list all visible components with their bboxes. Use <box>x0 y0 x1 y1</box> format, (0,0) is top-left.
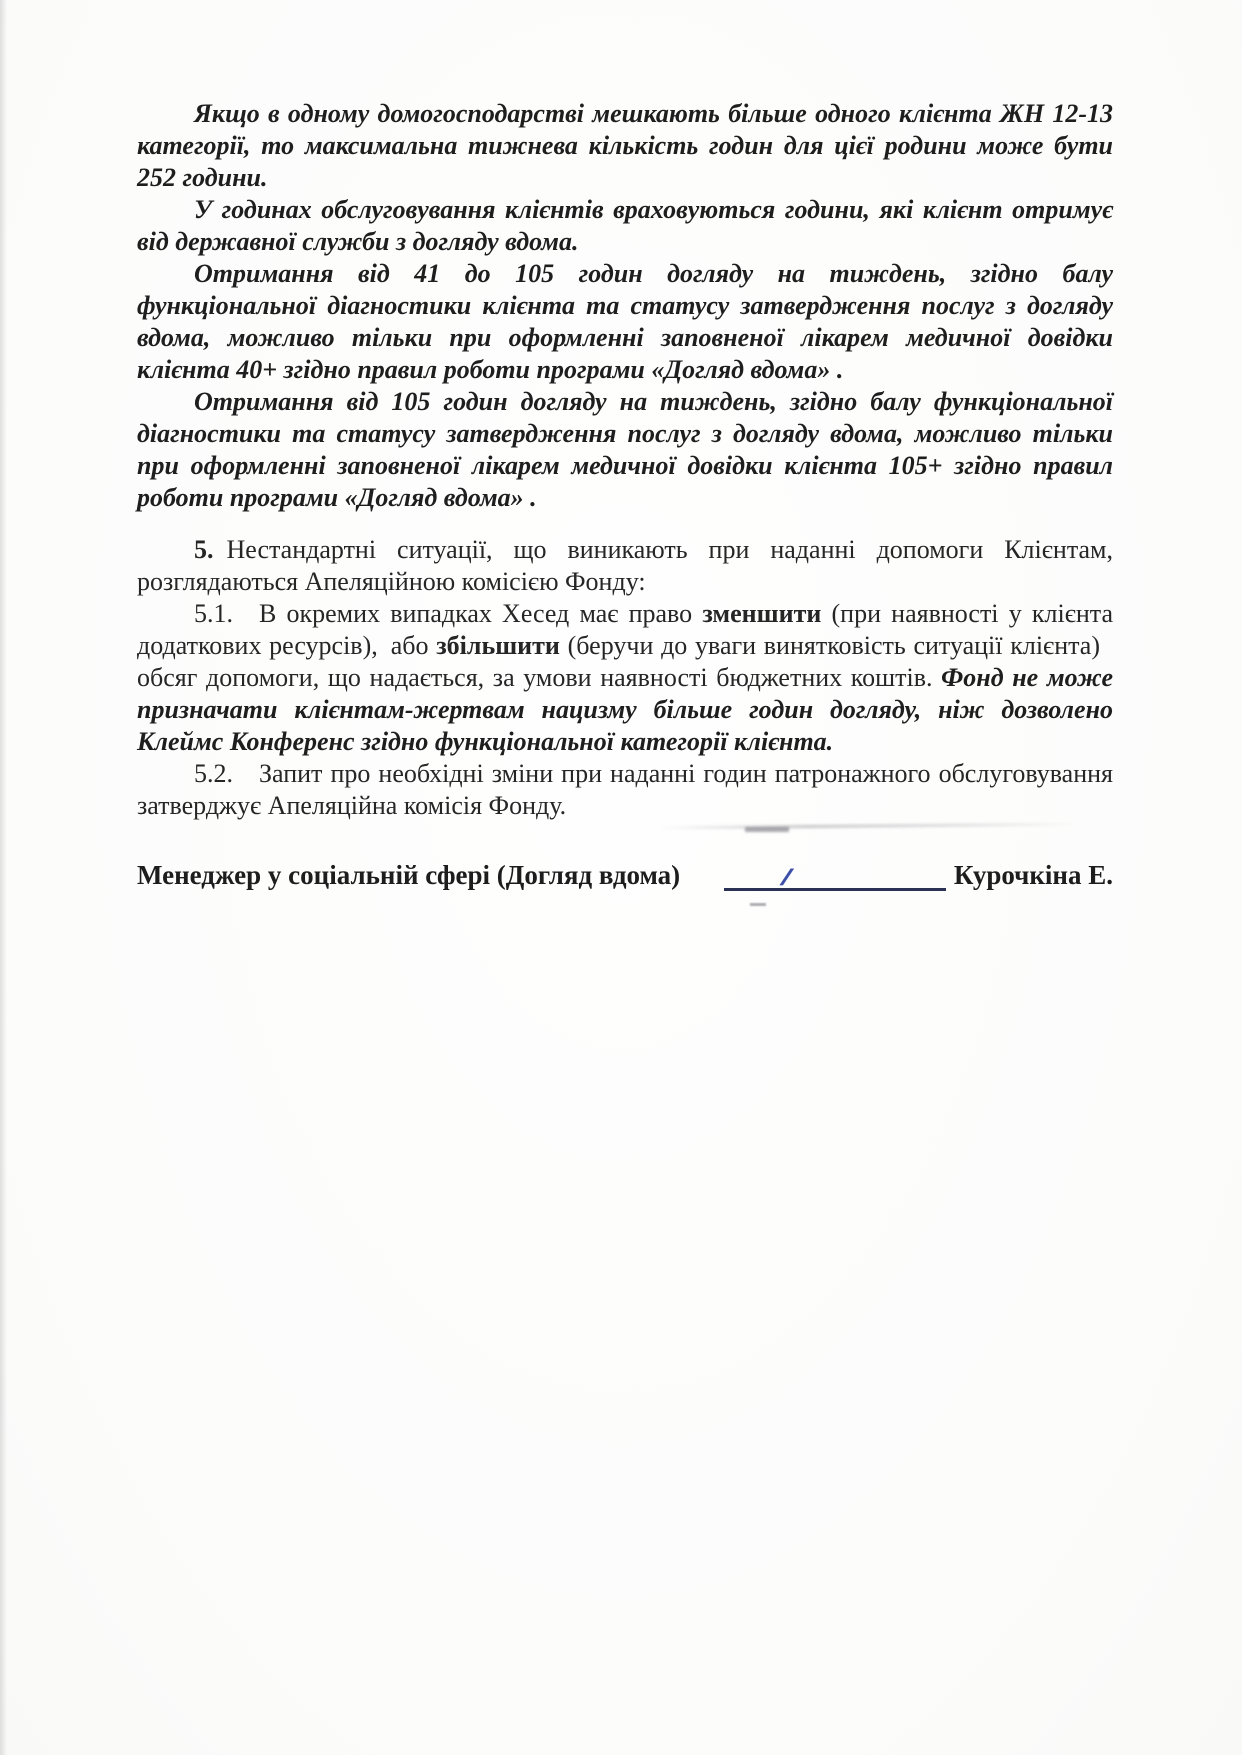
paragraph-section-5-2: 5.2. Запит про необхідні зміни при надан… <box>137 758 1113 822</box>
paragraph-text-run: 5.1. В окремих випадках Хесед має право <box>194 599 702 628</box>
scanned-document-page: Якщо в одному домогосподарстві мешкають … <box>0 0 1242 1755</box>
document-body: Якщо в одному домогосподарстві мешкають … <box>137 98 1113 822</box>
signature-ink-mark: /// <box>778 864 790 892</box>
signature-name: Курочкіна Е. <box>954 860 1113 891</box>
bold-word-decrease: зменшити <box>702 599 821 628</box>
paragraph-text: Якщо в одному домогосподарстві мешкають … <box>137 99 1113 192</box>
scan-edge-shadow <box>0 0 7 1755</box>
signature-role-label: Менеджер у соціальній сфері (Догляд вдом… <box>137 860 680 891</box>
paragraph-section-5: 5. Нестандартні ситуації, що виникають п… <box>137 534 1113 598</box>
paragraph-41-105-hours: Отримання від 41 до 105 годин догляду на… <box>137 258 1113 386</box>
signature-block: Менеджер у соціальній сфері (Догляд вдом… <box>137 858 1113 891</box>
section-number: 5. <box>194 535 214 564</box>
scan-smudge <box>660 822 1080 830</box>
scan-smudge <box>750 903 766 906</box>
paragraph-state-service-hours: У годинах обслуговування клієнтів врахов… <box>137 194 1113 258</box>
scan-smudge <box>745 827 789 832</box>
paragraph-text: Нестандартні ситуації, що виникають при … <box>137 535 1113 596</box>
bold-word-increase: збільшити <box>436 631 560 660</box>
paragraph-household-252-hours: Якщо в одному домогосподарстві мешкають … <box>137 98 1113 194</box>
paragraph-section-5-1: 5.1. В окремих випадках Хесед має право … <box>137 598 1113 758</box>
paragraph-105-plus-hours: Отримання від 105 годин догляду на тижде… <box>137 386 1113 514</box>
paragraph-text: У годинах обслуговування клієнтів врахов… <box>137 195 1113 256</box>
signature-line: /// <box>724 858 946 891</box>
paragraph-text: Отримання від 105 годин догляду на тижде… <box>137 387 1113 512</box>
paragraph-text: Отримання від 41 до 105 годин догляду на… <box>137 259 1113 384</box>
paragraph-text: 5.2. Запит про необхідні зміни при надан… <box>137 759 1113 820</box>
